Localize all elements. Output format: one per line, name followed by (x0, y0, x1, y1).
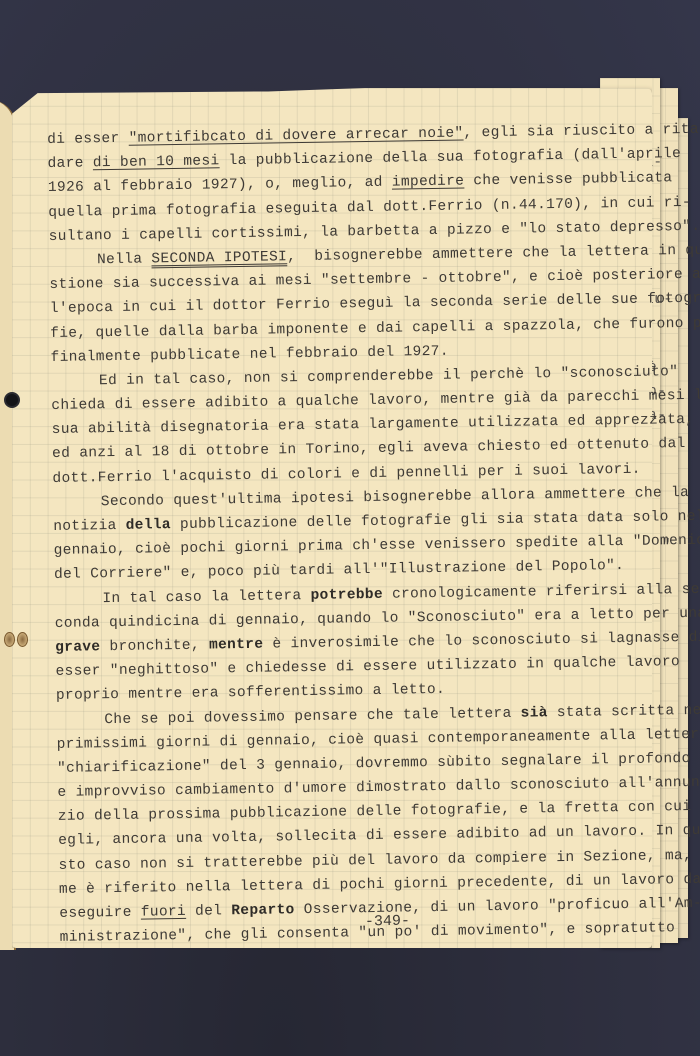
bold-text: mentre (209, 637, 264, 654)
text-segment: Nella (97, 251, 152, 268)
text-segment: notizia (53, 518, 126, 535)
text-segment: cronologicamente riferirsi alla se- (383, 581, 700, 602)
text-segment: dare (47, 155, 93, 172)
text-segment: di esser (47, 131, 129, 148)
text-segment: la pubblicazione della sua fotografia (d… (219, 146, 681, 169)
text-segment: Osservazione, di un lavoro "proficuo all… (295, 896, 700, 918)
punch-hole-icon (4, 632, 15, 647)
punch-hole-icon (17, 632, 28, 647)
binder-ring-icon (4, 392, 20, 408)
text-segment: finalmente pubblicate nel febbraio del 1… (50, 343, 448, 365)
text-segment: In tal caso la lettera (102, 587, 310, 606)
bold-text: potrebbe (310, 586, 383, 603)
text-segment: Che se poi dovessimo pensare che tale le… (104, 705, 521, 728)
underlined-text: fuori (141, 904, 187, 921)
text-segment: stata scritta nei (548, 702, 700, 721)
bold-text: della (126, 517, 172, 534)
bold-text: sià (520, 705, 547, 721)
text-segment: eseguire (59, 905, 141, 922)
page-number: -349- (365, 913, 410, 931)
text-segment: , bisognerebbe ammettere che la lettera … (287, 242, 700, 265)
text-segment: che venisse pubblicata (464, 171, 672, 190)
bold-text: grave (55, 639, 101, 656)
bold-text: Reparto (231, 902, 295, 919)
text-segment: è inverosimile che lo sconosciuto si lag… (263, 630, 700, 653)
underlined-text: impedire (392, 174, 465, 191)
text-segment: bronchite, (100, 637, 209, 655)
text-segment: 1926 al febbraio 1927), o, meglio, ad (48, 175, 392, 196)
text-segment: proprio mentre era sofferentissimo a let… (56, 682, 445, 704)
underlined-text: "mortifibcato di dovere arrecar noie" (129, 125, 464, 146)
typewritten-body-text: di esser "mortifibcato di dovere arrecar… (47, 119, 650, 951)
text-segment: del (186, 903, 232, 920)
underlined-text: SECONDA IPOTESI (151, 249, 287, 267)
underlined-text: di ben 10 mesi (93, 153, 220, 171)
